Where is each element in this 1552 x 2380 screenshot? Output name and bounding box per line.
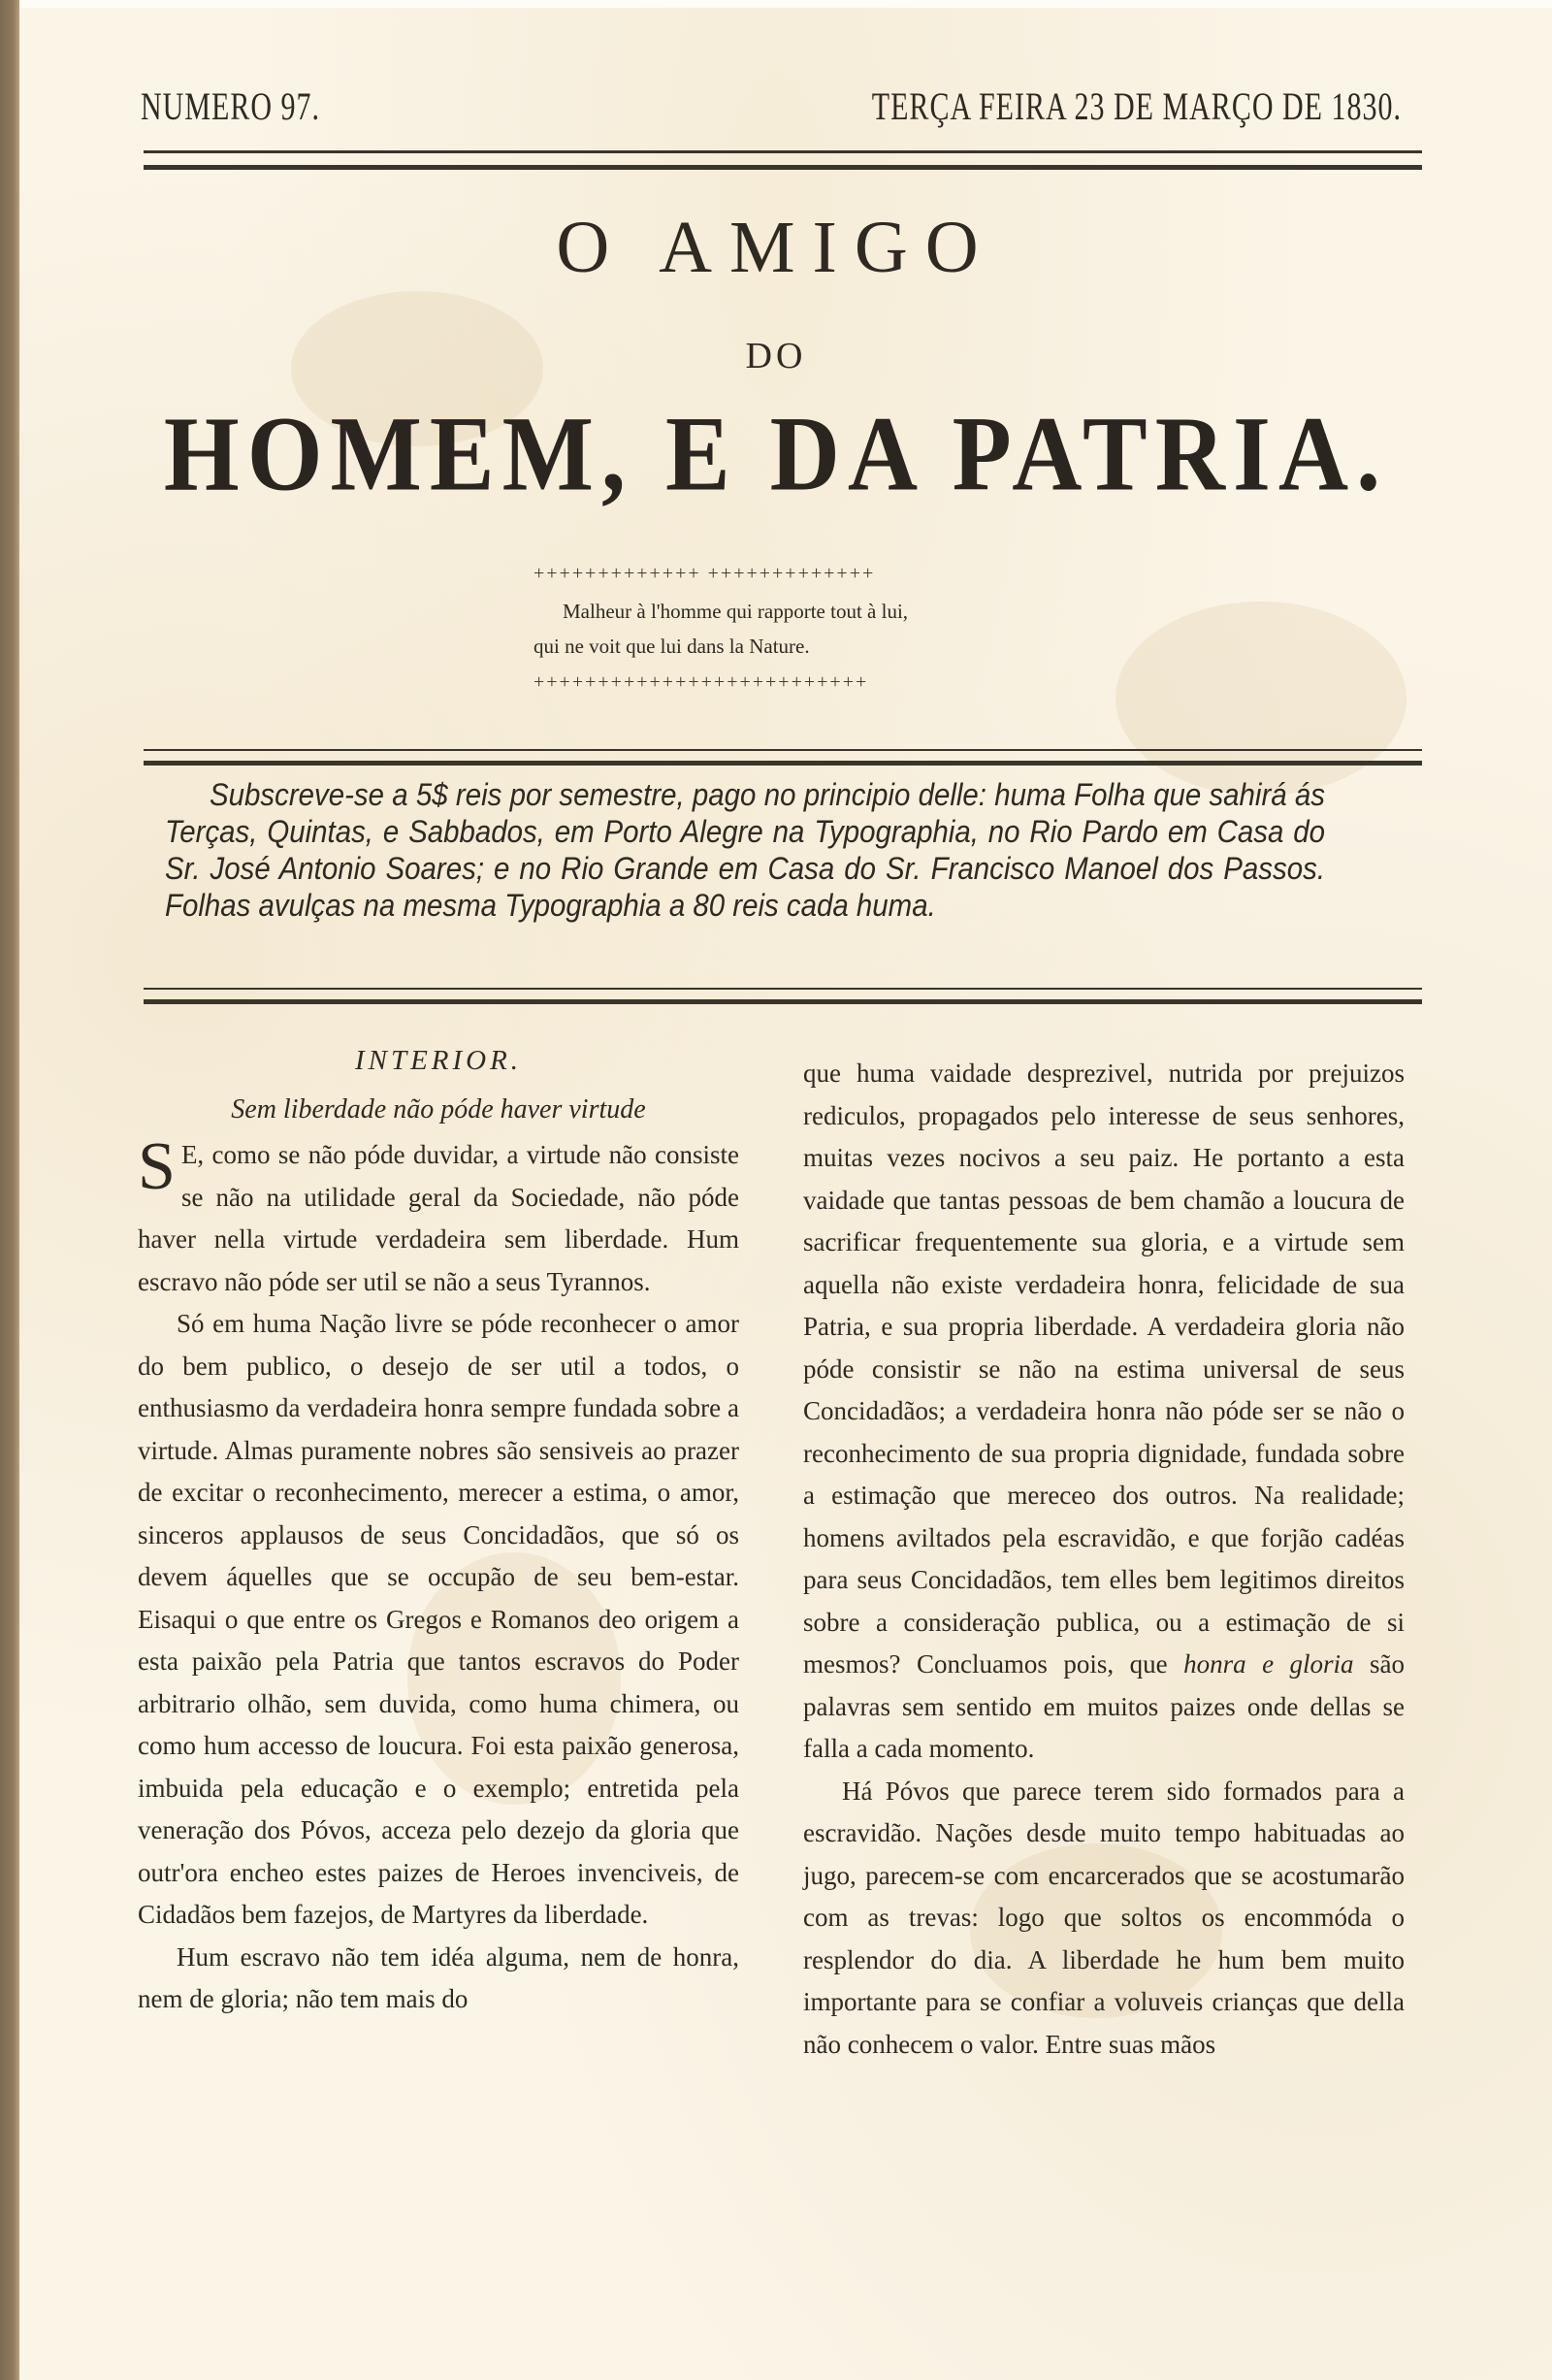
article-column-right: que huma vaidade desprezivel, nutrida po… — [803, 1053, 1405, 2066]
title-line-1: O AMIGO — [0, 206, 1552, 290]
page-top-edge — [19, 0, 1552, 8]
newspaper-page: NUMERO 97. TERÇA FEIRA 23 DE MARÇO DE 18… — [0, 0, 1552, 2380]
subscription-rule-top — [144, 749, 1422, 766]
article-column-left: INTERIOR. Sem liberdade não póde haver v… — [138, 1028, 739, 2021]
masthead-rule — [144, 150, 1422, 170]
epigraph-line-2: qui ne voit que lui dans la Nature. — [533, 629, 1038, 664]
newspaper-title: HOMEM, E DA PATRIA. — [0, 392, 1552, 515]
paragraph: que huma vaidade desprezivel, nutrida po… — [803, 1059, 1405, 1679]
epigraph-line-1: Malheur à l'homme qui rapporte tout à lu… — [533, 594, 1038, 629]
section-title: INTERIOR. — [138, 1040, 739, 1083]
epigraph-ornament-top: +++++++++++++ +++++++++++++ — [533, 563, 1038, 585]
drop-cap: S — [138, 1138, 181, 1196]
issue-number: NUMERO 97. — [141, 85, 320, 130]
article-title: Sem liberdade não póde haver virtude — [138, 1089, 739, 1131]
epigraph-ornament-bottom: ++++++++++++++++++++++++++ — [533, 671, 1038, 694]
epigraph: Malheur à l'homme qui rapporte tout à lu… — [533, 594, 1038, 664]
issue-date: TERÇA FEIRA 23 DE MARÇO DE 1830. — [872, 85, 1421, 130]
subscription-notice: Subscreve-se a 5$ reis por semestre, pag… — [165, 776, 1325, 924]
title-line-2: DO — [0, 335, 1552, 377]
masthead-dateline: NUMERO 97. TERÇA FEIRA 23 DE MARÇO DE 18… — [141, 85, 1421, 130]
paragraph: E, como se não póde duvidar, a virtude n… — [138, 1140, 739, 1296]
paragraph: Hum escravo não tem idéa alguma, nem de … — [138, 1937, 739, 2021]
subscription-rule-bottom — [144, 988, 1422, 1004]
italic-phrase: honra e gloria — [1183, 1649, 1353, 1679]
paragraph: Só em huma Nação livre se póde reconhece… — [138, 1303, 739, 1937]
paragraph: Há Póvos que parece terem sido formados … — [803, 1771, 1405, 2067]
